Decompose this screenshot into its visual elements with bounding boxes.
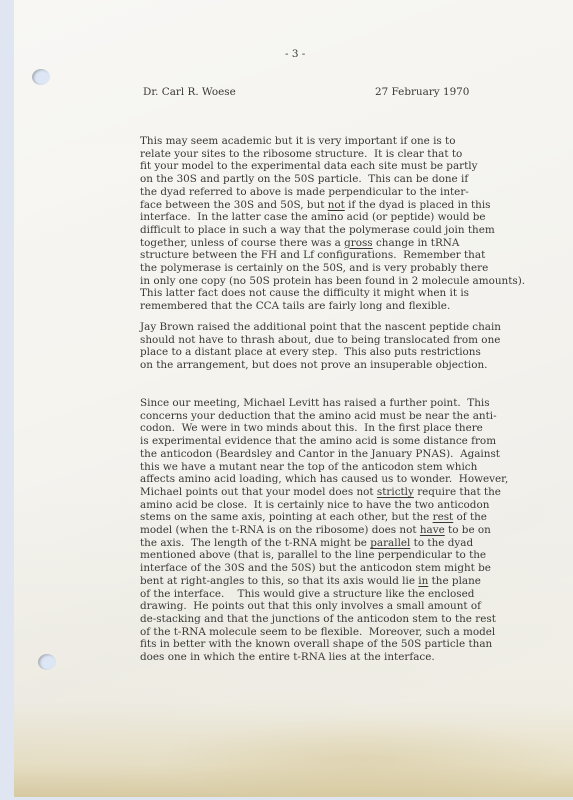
text-line: place to a distant place at every step. … (140, 346, 501, 359)
text-line: does one in which the entire t-RNA lies … (140, 651, 508, 664)
text-line: difficult to place in such a way that th… (140, 224, 525, 237)
underlined-word: strictly (377, 486, 414, 498)
text-line: stems on the same axis, pointing at each… (140, 511, 508, 524)
text-line: de-stacking and that the junctions of th… (140, 613, 508, 626)
text-line: interface. In the latter case the amino … (140, 211, 525, 224)
addressee: Dr. Carl R. Woese (143, 86, 236, 98)
punch-hole-top (32, 69, 50, 85)
text-line: the axis. The length of the t-RNA might … (140, 537, 508, 550)
text-line: the anticodon (Beardsley and Cantor in t… (140, 448, 508, 461)
text-line: relate your sites to the ribosome struct… (140, 148, 525, 161)
paragraph-1: This may seem academic but it is very im… (140, 135, 525, 313)
underlined-word: have (420, 524, 445, 536)
text-line: Since our meeting, Michael Levitt has ra… (140, 397, 508, 410)
text-line: bent at right-angles to this, so that it… (140, 575, 508, 588)
underlined-word: parallel (370, 537, 410, 549)
text-line: the dyad referred to above is made perpe… (140, 186, 525, 199)
paragraph-3: Since our meeting, Michael Levitt has ra… (140, 397, 508, 664)
text-line: on the arrangement, but does not prove a… (140, 359, 501, 372)
text-line: should not have to thrash about, due to … (140, 334, 501, 347)
text-line: of the t-RNA molecule seem to be flexibl… (140, 626, 508, 639)
underlined-word: rest (433, 511, 454, 523)
punch-hole-bottom (38, 654, 56, 670)
letter-date: 27 February 1970 (375, 86, 469, 98)
text-line: in only one copy (no 50S protein has bee… (140, 275, 525, 288)
text-line: is experimental evidence that the amino … (140, 435, 508, 448)
text-line: this we have a mutant near the top of th… (140, 461, 508, 474)
text-line: This latter fact does not cause the diff… (140, 287, 525, 300)
text-line: mentioned above (that is, parallel to th… (140, 549, 508, 562)
text-line: remembered that the CCA tails are fairly… (140, 300, 525, 313)
text-line: model (when the t-RNA is on the ribosome… (140, 524, 508, 537)
text-line: Michael points out that your model does … (140, 486, 508, 499)
text-line: face between the 30S and 50S, but not if… (140, 199, 525, 212)
text-line: fit your model to the experimental data … (140, 160, 525, 173)
text-line: codon. We were in two minds about this. … (140, 422, 508, 435)
text-line: on the 30S and partly on the 50S particl… (140, 173, 525, 186)
text-line: interface of the 30S and the 50S) but th… (140, 562, 508, 575)
text-line: amino acid be close. It is certainly nic… (140, 499, 508, 512)
text-line: affects amino acid loading, which has ca… (140, 473, 508, 486)
underlined-word: gross (344, 237, 373, 249)
text-line: the polymerase is certainly on the 50S, … (140, 262, 525, 275)
underlined-word: in (418, 575, 428, 587)
text-line: drawing. He points out that this only in… (140, 600, 508, 613)
text-line: of the interface. This would give a stru… (140, 588, 508, 601)
page-number: - 3 - (285, 48, 305, 60)
text-line: concerns your deduction that the amino a… (140, 410, 508, 423)
text-line: Jay Brown raised the additional point th… (140, 321, 501, 334)
text-line: This may seem academic but it is very im… (140, 135, 525, 148)
text-line: structure between the FH and Lf configur… (140, 249, 525, 262)
text-line: together, unless of course there was a g… (140, 237, 525, 250)
text-line: fits in better with the known overall sh… (140, 638, 508, 651)
paragraph-2: Jay Brown raised the additional point th… (140, 321, 501, 372)
underlined-word: not (328, 199, 345, 211)
